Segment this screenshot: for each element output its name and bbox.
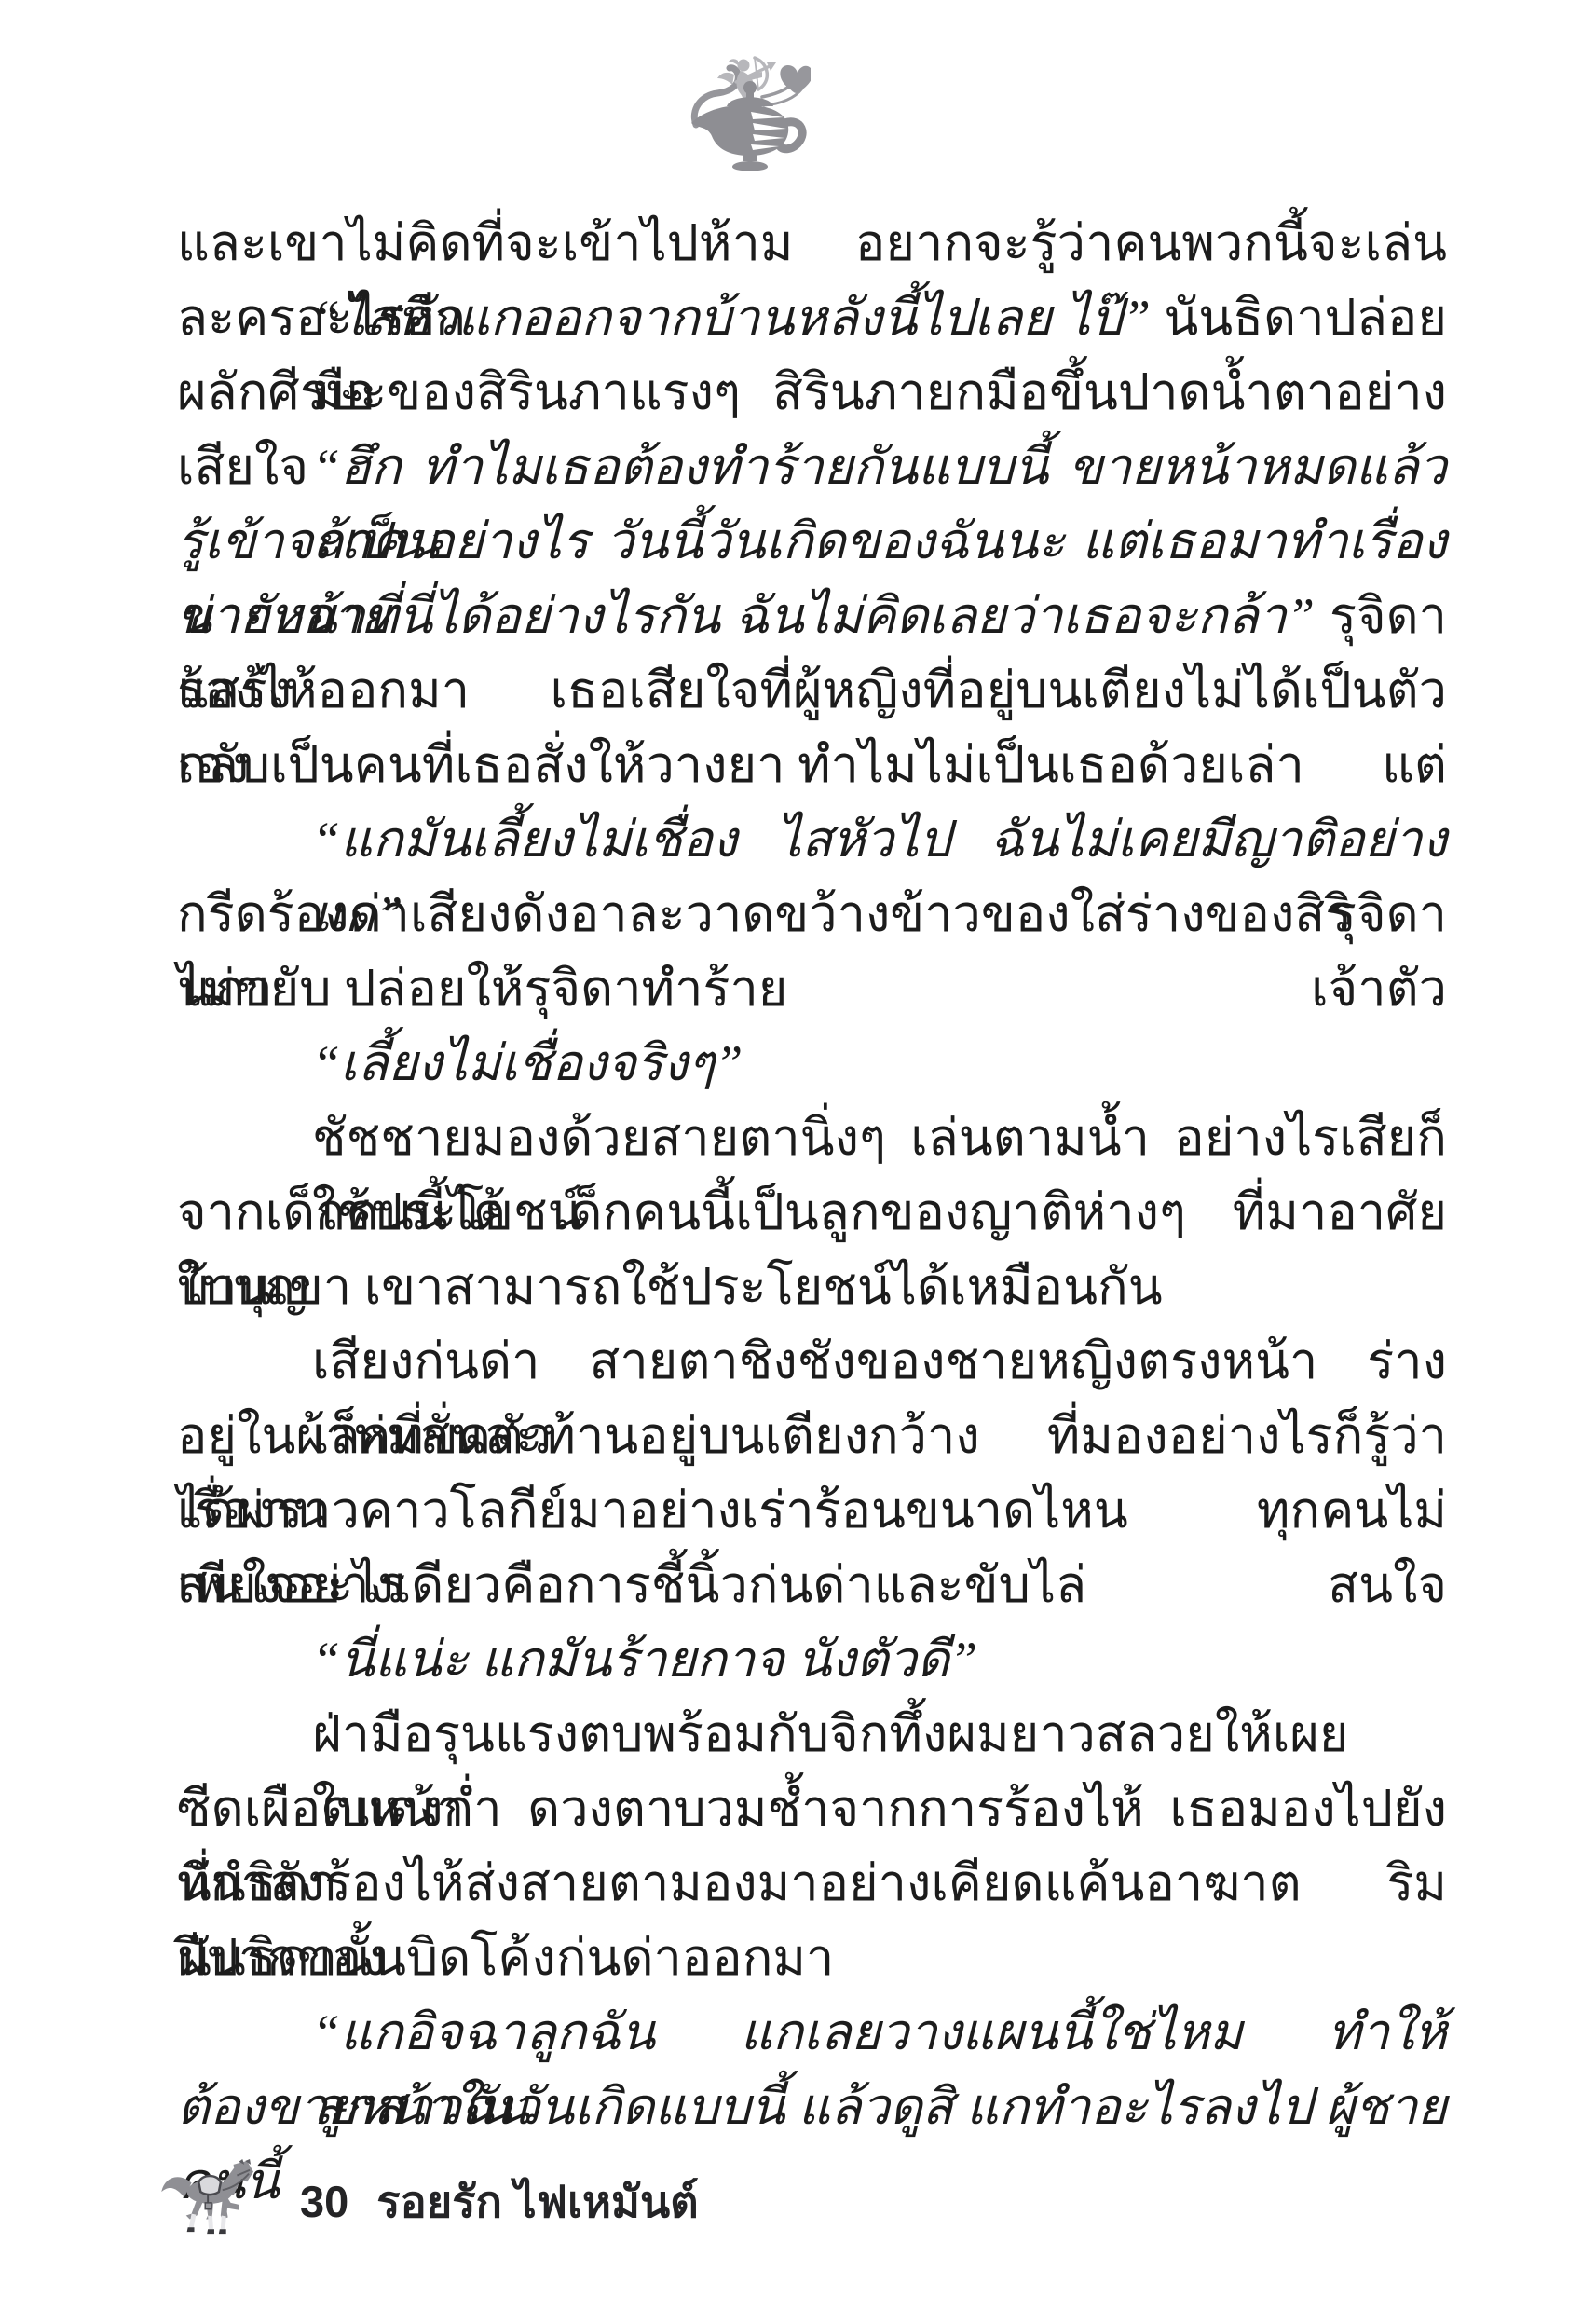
text-line: ฝ่ามือรุนแรงตบพร้อมกับจิกทึ้งผมยาวสลวยให… bbox=[177, 1697, 1447, 1771]
text-line: ที่กำลังร้องไห้ส่งสายตามองมาอย่างเคียดแค… bbox=[177, 1846, 1447, 1921]
dialogue-segment: “นี่แน่ะ แกมันร้ายกาจ นังตัวดี” bbox=[312, 1632, 977, 1688]
text-line: ขายหน้าที่นี่ได้อย่างไรกัน ฉันไม่คิดเลยว… bbox=[177, 579, 1447, 653]
page-footer: 30 รอยรัก ไฟเหมันต์ bbox=[158, 2158, 699, 2244]
text-line: บ้านเขา เขาสามารถใช้ประโยชน์ได้เหมือนกัน bbox=[177, 1250, 1447, 1324]
horse-icon bbox=[158, 2159, 268, 2237]
book-title: รอยรัก ไฟเหมันต์ bbox=[376, 2167, 698, 2236]
text-line: “แกมันเลี้ยงไม่เชื่อง ไสหัวไป ฉันไม่เคยม… bbox=[177, 802, 1447, 877]
text-line: “ไสหัวแกออกจากบ้านหลังนี้ไปเลย ไป๊” นันธ… bbox=[177, 280, 1447, 355]
text-line: อยู่ในผ้าห่มสั่นสะท้านอยู่บนเตียงกว้าง ท… bbox=[177, 1399, 1447, 1473]
narration-segment: เพียงอย่างเดียวคือการชี้นิ้วก่นด่าและขับ… bbox=[177, 1557, 1086, 1613]
text-line: เสียงก่นด่า สายตาชิงชังของชายหญิงตรงหน้า… bbox=[177, 1324, 1447, 1399]
text-line: “นี่แน่ะ แกมันร้ายกาจ นังตัวดี” bbox=[177, 1622, 1447, 1697]
text-line: ผลักศีรษะของสิรินภาแรงๆ สิรินภายกมือขึ้น… bbox=[177, 355, 1447, 430]
narration-segment: บ้านเขา เขาสามารถใช้ประโยชน์ได้เหมือนกัน bbox=[177, 1259, 1163, 1315]
body-text: และเขาไม่คิดที่จะเข้าไปห้าม อยากจะรู้ว่า… bbox=[177, 206, 1447, 2144]
text-line: “เลี้ยงไม่เชื่องจริงๆ” bbox=[177, 1026, 1447, 1101]
text-line: จากเด็กคนนี้ได้ เด็กคนนี้เป็นลูกของญาติห… bbox=[177, 1175, 1447, 1250]
text-line: ชัชชายมองด้วยสายตานิ่งๆ เล่นตามน้ำ อย่าง… bbox=[177, 1101, 1447, 1175]
dialogue-segment: “ไสหัวแกออกจากบ้านหลังนี้ไปเลย ไป๊” bbox=[312, 290, 1151, 346]
text-line: ซีดเผือดแดงก่ำ ดวงตาบวมช้ำจากการร้องไห้ … bbox=[177, 1771, 1447, 1846]
genie-lamp-cupid-ornament-icon bbox=[688, 54, 811, 175]
book-page: และเขาไม่คิดที่จะเข้าไปห้าม อยากจะรู้ว่า… bbox=[0, 0, 1596, 2311]
page-number: 30 bbox=[300, 2176, 348, 2227]
text-line: “แกอิจฉาลูกฉัน แกเลยวางแผนนี้ใช่ไหม ทำให… bbox=[177, 1995, 1447, 2070]
text-line: เรื่องราวคาวโลกีย์มาอย่างเร่าร้อนขนาดไหน… bbox=[177, 1473, 1447, 1548]
text-line: “ฮึก ทำไมเธอต้องทำร้ายกันแบบนี้ ขายหน้าห… bbox=[177, 430, 1447, 504]
text-line: นันธิดานั้นบิดโค้งก่นด่าออกมา bbox=[177, 1921, 1447, 1995]
text-line: กรีดร้องด่าเสียงดังอาละวาดขว้างข้าวของใส… bbox=[177, 877, 1447, 951]
text-line: ร้องไห้ออกมา เธอเสียใจที่ผู้หญิงที่อยู่บ… bbox=[177, 653, 1447, 728]
text-line: กลับเป็นคนที่เธอสั่งให้วางยา ทำไมไม่เป็น… bbox=[177, 728, 1447, 802]
dialogue-segment: “เลี้ยงไม่เชื่องจริงๆ” bbox=[312, 1035, 743, 1091]
dialogue-segment: ขายหน้าที่นี่ได้อย่างไรกัน ฉันไม่คิดเลยว… bbox=[177, 588, 1315, 644]
text-line: รู้เข้าจะเป็นอย่างไร วันนี้วันเกิดของฉัน… bbox=[177, 504, 1447, 579]
narration-segment: กลับเป็นคนที่เธอสั่งให้วางยา ทำไมไม่เป็น… bbox=[177, 737, 1304, 793]
text-line: และเขาไม่คิดที่จะเข้าไปห้าม อยากจะรู้ว่า… bbox=[177, 206, 1447, 280]
narration-segment: นันธิดานั้นบิดโค้งก่นด่าออกมา bbox=[177, 1930, 834, 1986]
narration-segment: ไม่ขยับ ปล่อยให้รุจิดาทำร้าย bbox=[177, 961, 787, 1017]
text-line: ต้องขายหน้าในวันเกิดแบบนี้ แล้วดูสิ แกทำ… bbox=[177, 2070, 1447, 2144]
